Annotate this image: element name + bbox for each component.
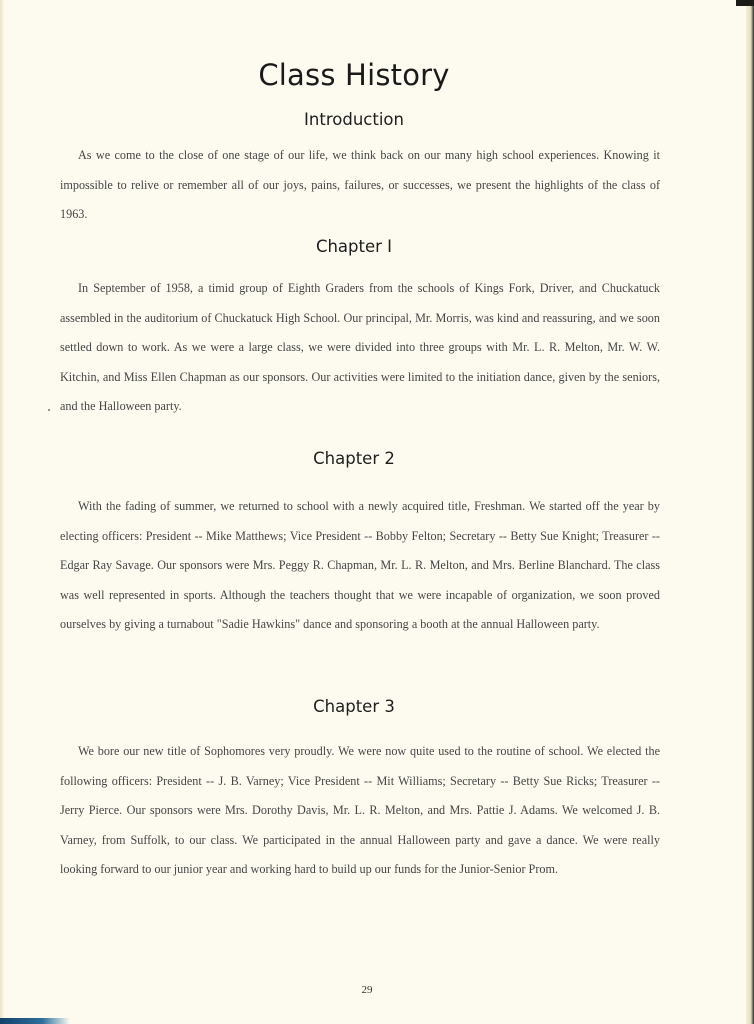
section-text-chapter-2: With the fading of summer, we returned t… bbox=[60, 492, 660, 640]
page-left-edge bbox=[0, 0, 4, 1024]
page-title: Class History bbox=[0, 58, 708, 92]
section-heading-introduction: Introduction bbox=[0, 110, 708, 129]
section-text-chapter-1: In September of 1958, a timid group of E… bbox=[60, 274, 660, 422]
page-right-edge bbox=[746, 0, 754, 1024]
section-text-chapter-3: We bore our new title of Sophomores very… bbox=[60, 737, 660, 885]
page-number: 29 bbox=[0, 984, 734, 996]
section-heading-chapter-1: Chapter I bbox=[0, 237, 708, 256]
page-corner-binding bbox=[0, 1018, 70, 1024]
section-text-introduction: As we come to the close of one stage of … bbox=[60, 141, 660, 230]
section-heading-chapter-2: Chapter 2 bbox=[0, 449, 708, 468]
page-corner-shadow bbox=[736, 0, 754, 6]
stray-ink-mark bbox=[48, 409, 50, 411]
section-heading-chapter-3: Chapter 3 bbox=[0, 697, 708, 716]
